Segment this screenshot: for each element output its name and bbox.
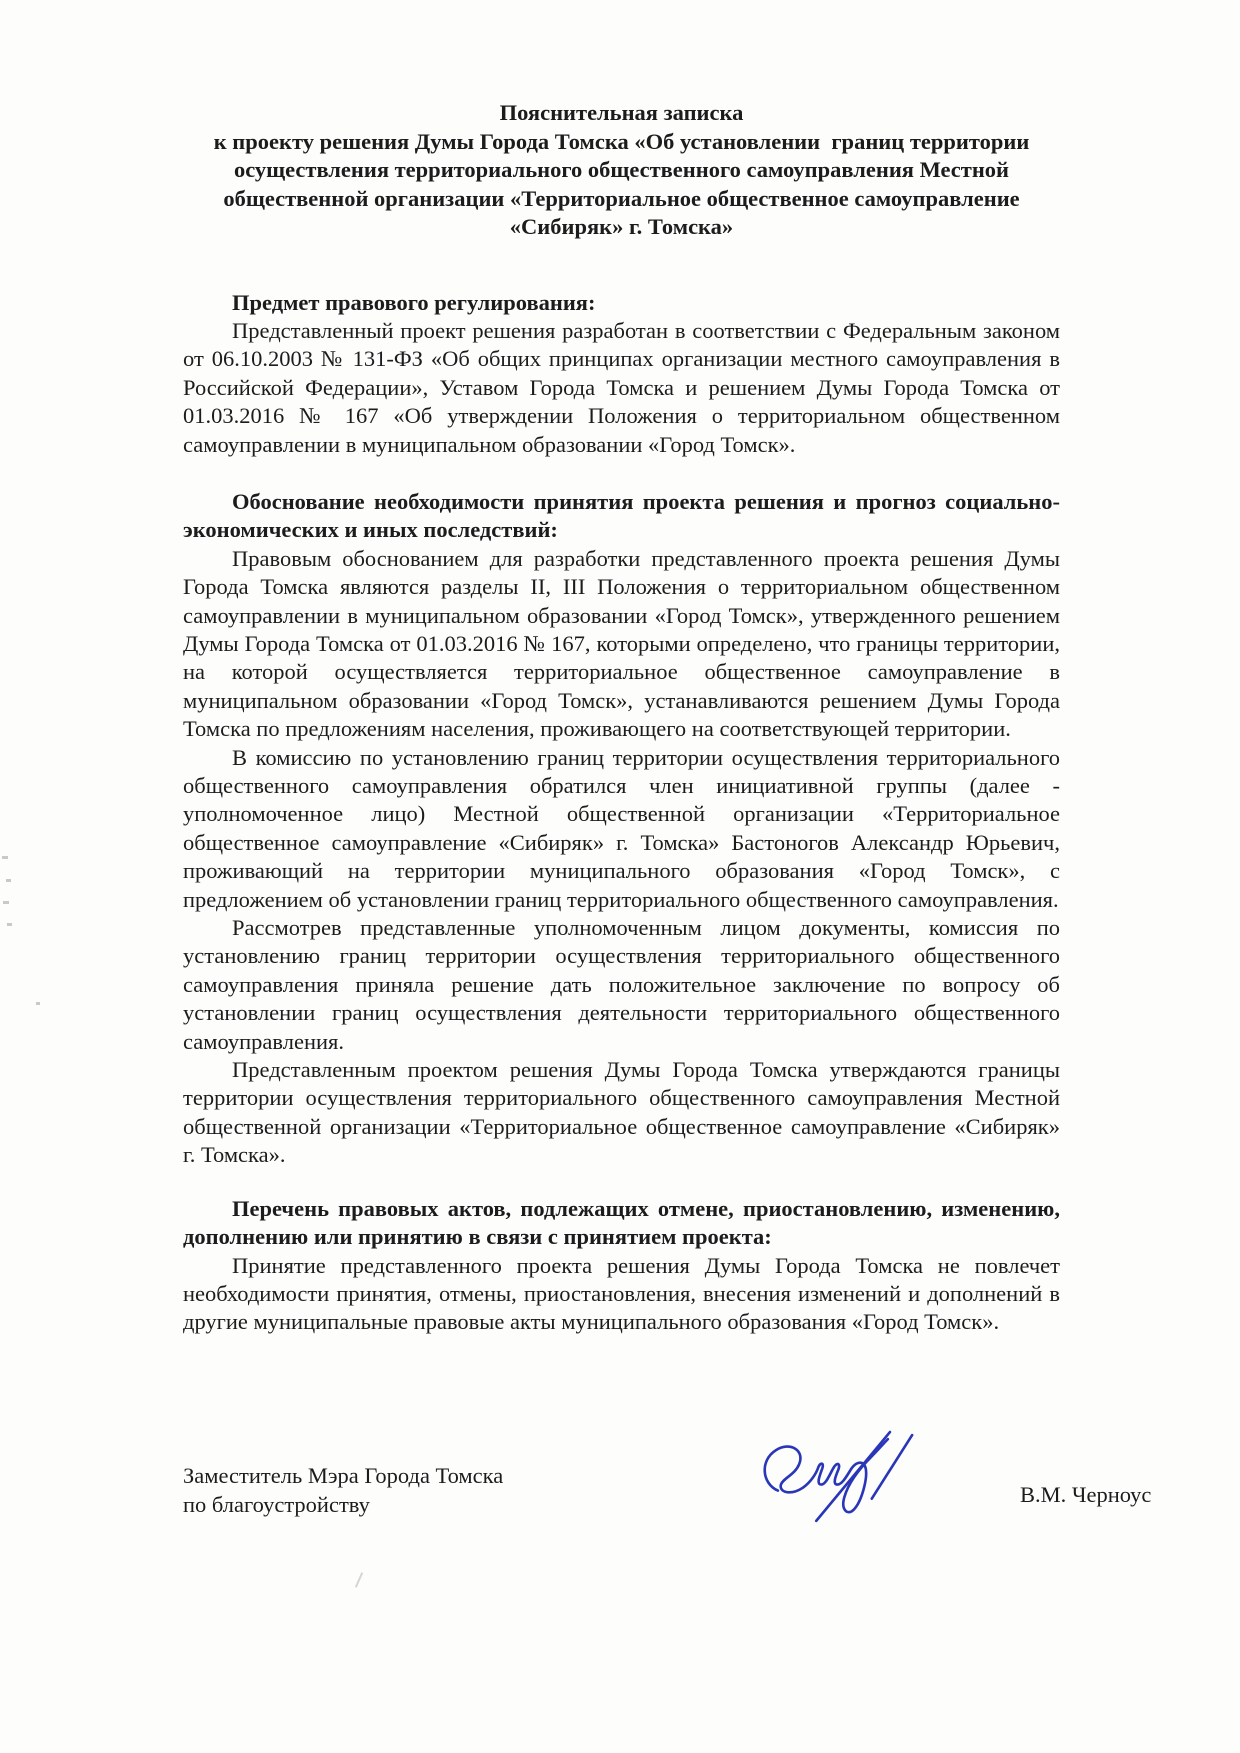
section-list-of-legal-acts: Перечень правовых актов, подлежащих отме… xyxy=(183,1195,1060,1337)
section-heading: Перечень правовых актов, подлежащих отме… xyxy=(183,1195,1060,1252)
paragraph: Представленным проектом решения Думы Гор… xyxy=(183,1056,1060,1170)
section-justification: Обоснование необходимости принятия проек… xyxy=(183,488,1060,1170)
signature-position-title: Заместитель Мэра Города Томска по благоу… xyxy=(183,1462,503,1519)
paragraph: Представленный проект решения разработан… xyxy=(183,317,1060,459)
document-title: Пояснительная записка к проекту решения … xyxy=(183,99,1060,242)
paragraph: В комиссию по установлению границ террит… xyxy=(183,744,1060,914)
scan-artifact xyxy=(2,856,8,859)
section-heading: Обоснование необходимости принятия проек… xyxy=(183,488,1060,545)
signatory-name: В.М. Черноус xyxy=(1020,1481,1151,1510)
signature-position-line: Заместитель Мэра Города Томска xyxy=(183,1462,503,1491)
scan-artifact xyxy=(7,923,12,926)
scan-artifact xyxy=(355,1572,363,1587)
paragraph: Принятие представленного проекта решения… xyxy=(183,1252,1060,1337)
handwritten-signature-icon xyxy=(756,1426,931,1532)
paragraph: Рассмотрев представленные уполномоченным… xyxy=(183,914,1060,1056)
paragraph: Правовым обоснованием для разработки пре… xyxy=(183,545,1060,744)
section-heading: Предмет правового регулирования: xyxy=(183,289,1060,317)
signature-position-line: по благоустройству xyxy=(183,1491,503,1520)
scanned-document-page: Пояснительная записка к проекту решения … xyxy=(0,0,1240,1753)
scan-artifact xyxy=(3,901,9,904)
title-line: «Сибиряк» г. Томска» xyxy=(183,213,1060,242)
document-body: Пояснительная записка к проекту решения … xyxy=(183,99,1060,1337)
title-line: к проекту решения Думы Города Томска «Об… xyxy=(183,128,1060,157)
section-subject-of-regulation: Предмет правового регулирования: Предста… xyxy=(183,289,1060,459)
title-line: Пояснительная записка xyxy=(183,99,1060,128)
scan-artifact xyxy=(36,1002,40,1005)
scan-artifact xyxy=(6,879,11,882)
title-line: осуществления территориального обществен… xyxy=(183,156,1060,185)
title-line: общественной организации «Территориально… xyxy=(183,185,1060,214)
